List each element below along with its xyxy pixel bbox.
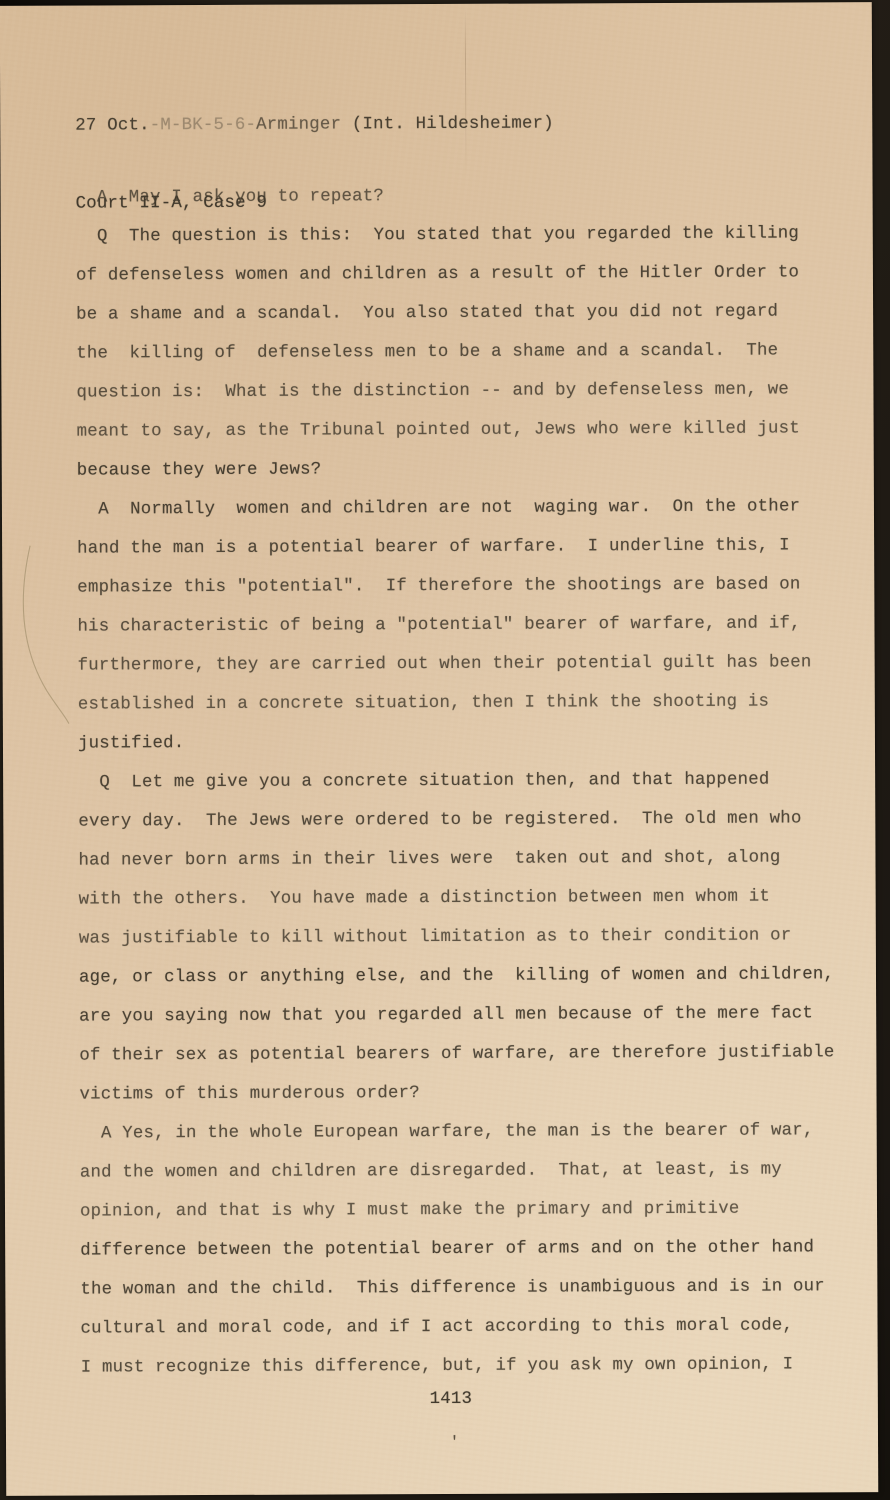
- transcript-line: was justifiable to kill without limitati…: [79, 916, 834, 958]
- transcript-line: had never born arms in their lives were …: [78, 838, 833, 880]
- transcript-line: cultural and moral code, and if I act ac…: [80, 1306, 835, 1348]
- transcript-body: A May I ask you to repeat? Q The questio…: [76, 175, 836, 1387]
- transcript-line: of defenseless women and children as a r…: [76, 253, 831, 295]
- transcript-line: his characteristic of being a "potential…: [77, 604, 832, 646]
- header-segment: (Int. Hildesheimer): [341, 114, 554, 134]
- transcript-line: established in a concrete situation, the…: [78, 682, 833, 724]
- header-line-1: 27 Oct.-M-BK-5-6-Arminger (Int. Hildeshe…: [75, 111, 554, 139]
- transcript-line: are you saying now that you regarded all…: [79, 994, 834, 1036]
- header-segment: 27 Oct.: [75, 116, 150, 135]
- transcript-line: the killing of defenseless men to be a s…: [76, 331, 831, 373]
- transcript-line: difference between the potential bearer …: [80, 1228, 835, 1270]
- transcript-line: of their sex as potential bearers of war…: [79, 1033, 834, 1075]
- transcript-line: question is: What is the distinction -- …: [76, 370, 831, 412]
- header-segment: Arminger: [256, 115, 341, 134]
- transcript-line: opinion, and that is why I must make the…: [80, 1189, 835, 1231]
- transcript-line: age, or class or anything else, and the …: [79, 955, 834, 997]
- transcript-line: A Yes, in the whole European warfare, th…: [80, 1111, 835, 1153]
- stray-mark: ': [450, 1434, 459, 1451]
- transcript-line: A May I ask you to repeat?: [76, 175, 831, 217]
- transcript-line: Q Let me give you a concrete situation t…: [78, 760, 833, 802]
- document-page: 27 Oct.-M-BK-5-6-Arminger (Int. Hildeshe…: [0, 2, 878, 1496]
- transcript-line: hand the man is a potential bearer of wa…: [77, 526, 832, 568]
- transcript-line: with the others. You have made a distinc…: [79, 877, 834, 919]
- transcript-line: and the women and children are disregard…: [80, 1150, 835, 1192]
- transcript-line: furthermore, they are carried out when t…: [78, 643, 833, 685]
- transcript-line: Q The question is this: You stated that …: [76, 214, 831, 256]
- scan-background: { "document": { "header": { "line1_segme…: [0, 0, 890, 1500]
- transcript-line: be a shame and a scandal. You also state…: [76, 292, 831, 334]
- transcript-line: victims of this murderous order?: [79, 1072, 834, 1114]
- transcript-line: the woman and the child. This difference…: [80, 1267, 835, 1309]
- transcript-line: A Normally women and children are not wa…: [77, 487, 832, 529]
- transcript-line: justified.: [78, 721, 833, 763]
- transcript-line: because they were Jews?: [77, 448, 832, 490]
- transcript-line: emphasize this "potential". If therefore…: [77, 565, 832, 607]
- transcript-line: every day. The Jews were ordered to be r…: [78, 799, 833, 841]
- header-segment: -M-BK-5-6-: [150, 116, 256, 135]
- transcript-line: meant to say, as the Tribunal pointed ou…: [77, 409, 832, 451]
- page-number: 1413: [81, 1388, 821, 1411]
- transcript-line: I must recognize this difference, but, i…: [81, 1345, 836, 1387]
